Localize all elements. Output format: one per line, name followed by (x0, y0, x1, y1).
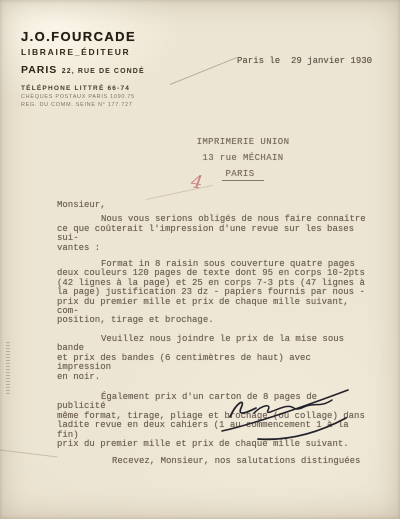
paragraph-2: Format in 8 raisin sous couverture quatr… (57, 260, 369, 326)
left-edge-printer-imprint (6, 342, 10, 396)
signature-ink (216, 387, 354, 443)
sender-address: PARIS 22, RUE DE CONDÉ (21, 60, 145, 78)
sender-title: LIBRAIRE_ÉDITEUR (21, 47, 145, 57)
paragraph-1: Nous vous serions obligés de nous faire … (57, 215, 369, 253)
recipient-block: IMPRIMERIE UNION 13 rue MÉCHAIN PARIS (188, 137, 298, 187)
paragraph-3: Veuillez nous joindre le prix de la mise… (57, 335, 369, 382)
sender-street: 22, RUE DE CONDÉ (62, 68, 145, 75)
letter-page: J.O.FOURCADE LIBRAIRE_ÉDITEUR PARIS 22, … (0, 0, 400, 519)
date-line: Paris le 29 janvier 1930 (237, 56, 372, 66)
closing-line: Recevez, Monsieur, nos salutations disti… (112, 457, 369, 466)
pencil-stroke (146, 185, 213, 200)
letterhead: J.O.FOURCADE LIBRAIRE_ÉDITEUR PARIS 22, … (21, 29, 145, 108)
handwritten-number-annotation: 4 (189, 171, 204, 194)
sender-registry: REG. DU COMM. SEINE N° 177.727 (21, 102, 145, 108)
sender-postal-account: CHÈQUES POSTAUX PARIS 1090.75 (21, 94, 145, 100)
sender-phone: TÉLÉPHONE LITTRÉ 66-74 (21, 85, 145, 92)
recipient-street: 13 rue MÉCHAIN (188, 153, 298, 163)
recipient-name: IMPRIMERIE UNION (188, 137, 298, 147)
recipient-city-underlined: PARIS (222, 169, 263, 181)
paper-crease-bottom (0, 449, 58, 458)
salutation: Monsieur, (57, 201, 369, 210)
recipient-city: PARIS (188, 169, 298, 181)
sender-city: PARIS (21, 64, 57, 76)
sender-name: J.O.FOURCADE (21, 29, 145, 44)
paper-crease-top (170, 57, 237, 85)
